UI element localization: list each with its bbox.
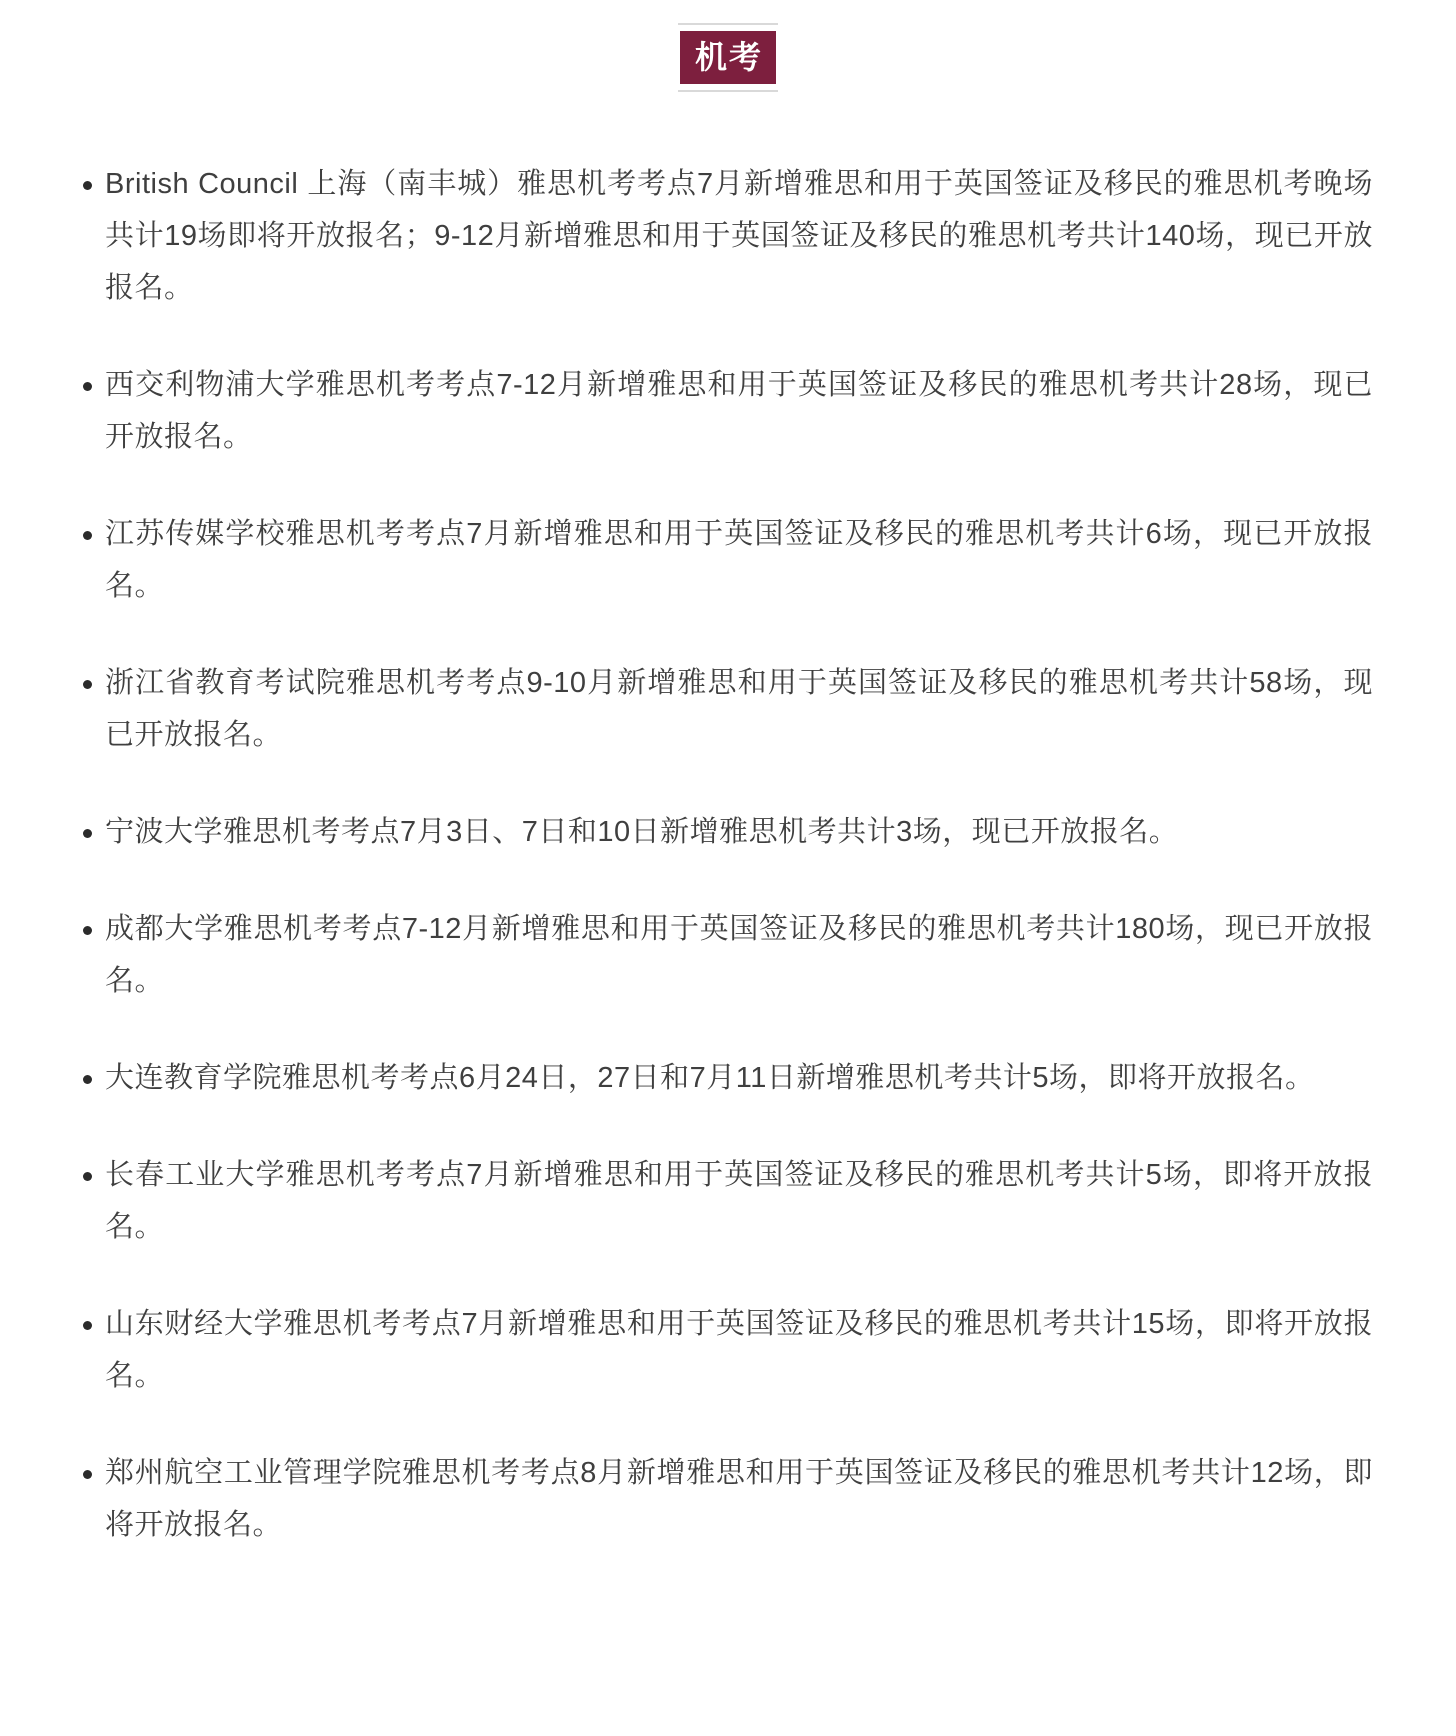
list-item: 宁波大学雅思机考考点7月3日、7日和10日新增雅思机考共计3场，现已开放报名。	[83, 806, 1373, 858]
list-item: British Council 上海（南丰城）雅思机考考点7月新增雅思和用于英国…	[83, 158, 1373, 314]
list-item: 郑州航空工业管理学院雅思机考考点8月新增雅思和用于英国签证及移民的雅思机考共计1…	[83, 1447, 1373, 1551]
list-item: 山东财经大学雅思机考考点7月新增雅思和用于英国签证及移民的雅思机考共计15场，即…	[83, 1298, 1373, 1402]
list-item: 江苏传媒学校雅思机考考点7月新增雅思和用于英国签证及移民的雅思机考共计6场，现已…	[83, 508, 1373, 612]
section-title-badge: 机考	[680, 31, 776, 84]
announcement-list: British Council 上海（南丰城）雅思机考考点7月新增雅思和用于英国…	[0, 158, 1456, 1551]
list-item: 浙江省教育考试院雅思机考考点9-10月新增雅思和用于英国签证及移民的雅思机考共计…	[83, 657, 1373, 761]
list-item: 长春工业大学雅思机考考点7月新增雅思和用于英国签证及移民的雅思机考共计5场，即将…	[83, 1149, 1373, 1253]
list-item: 成都大学雅思机考考点7-12月新增雅思和用于英国签证及移民的雅思机考共计180场…	[83, 903, 1373, 1007]
list-item: 西交利物浦大学雅思机考考点7-12月新增雅思和用于英国签证及移民的雅思机考共计2…	[83, 359, 1373, 463]
list-item: 大连教育学院雅思机考考点6月24日，27日和7月11日新增雅思机考共计5场，即将…	[83, 1052, 1373, 1104]
section-header: 机考	[678, 23, 778, 92]
